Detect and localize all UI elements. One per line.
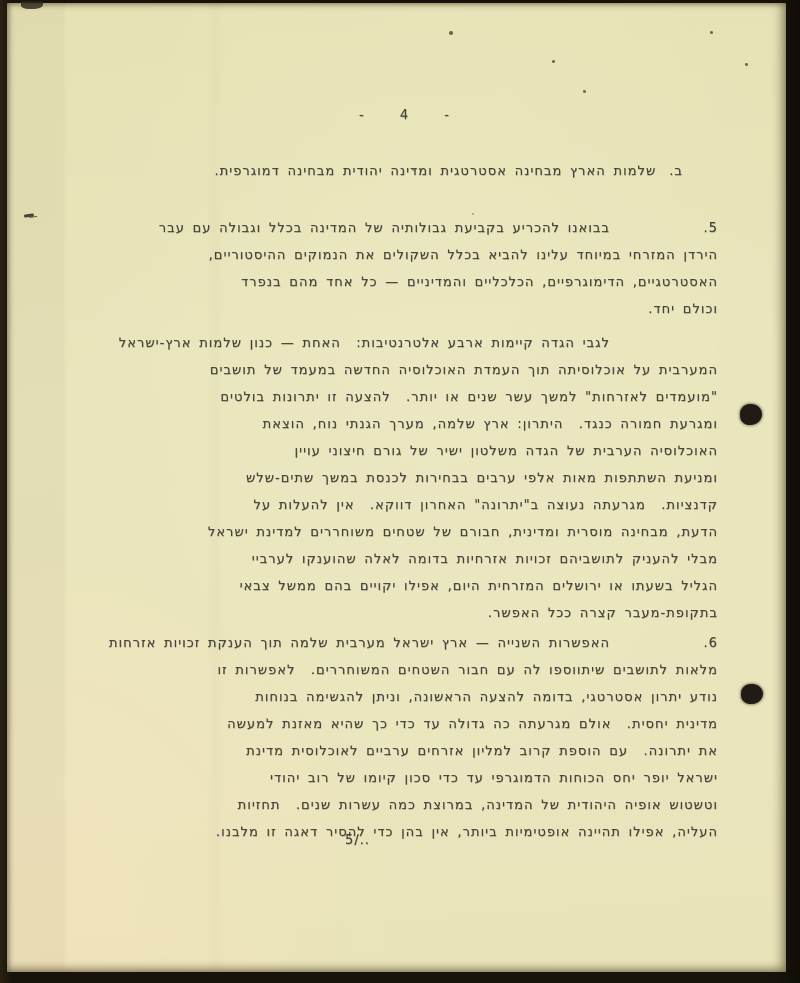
- text-line: מבלי להעניק לתושביהם זכויות אזרחיות בדומ…: [110, 546, 718, 573]
- text-line: הדעת, מבחינה מוסרית ומדינית, חבורם של שט…: [110, 519, 718, 546]
- paragraph-alternatives: לגבי הגדה קיימות ארבע אלטרנטיבות: האחת —…: [110, 330, 718, 627]
- text-line: העליה, אפילו תהיינה אופטימיות ביותר, אין…: [110, 819, 718, 846]
- paragraph-subitem-b: ב.שלמות הארץ מבחינה אסטרטגית ומדינה יהוד…: [110, 158, 718, 185]
- text-line: שלמות הארץ מבחינה אסטרטגית ומדינה יהודית…: [214, 164, 656, 179]
- continuation-page-mark: 5/..: [345, 833, 370, 848]
- scan-speck: [583, 90, 586, 93]
- scan-speck: [412, 168, 415, 171]
- item-number: 5.: [703, 215, 718, 242]
- text-line: ומניעת השתתפות מאות אלפי ערבים בבחירות ל…: [110, 465, 718, 492]
- text-line: המערבית על אוכלוסיתה תוך העמדת האוכלוסיה…: [110, 357, 718, 384]
- scan-speck: [745, 63, 748, 66]
- text-line: האוכלוסיה הערבית של הגדה משלטון ישיר של …: [110, 438, 718, 465]
- text-line: ישראל יופר יחס הכוחות הדמוגרפי עד כדי סכ…: [110, 765, 718, 792]
- scan-speck: [710, 31, 713, 34]
- scan-artifact-corner: [21, 1, 43, 9]
- item-number: 6.: [703, 630, 718, 657]
- text-line: קדנציות. מגרעתה נעוצה ב"יתרונה" האחרון ד…: [110, 492, 718, 519]
- text-line: את יתרונה. עם הוספת קרוב למליון אזרחים ע…: [110, 738, 718, 765]
- text-line: האסטרטגיים, הדימוגרפיים, הכלכליים והמדינ…: [110, 269, 718, 296]
- text-line: לגבי הגדה קיימות ארבע אלטרנטיבות: האחת —…: [110, 330, 718, 357]
- text-line: הירדן המזרחי במיוחד עלינו להביא בכלל השק…: [110, 242, 718, 269]
- paragraph-item-5: 5. בבואנו להכריע בקביעת גבולותיה של המדי…: [110, 215, 718, 323]
- text-line: מדינית יחסית. אולם מגרעתה כה גדולה עד כד…: [110, 711, 718, 738]
- text-line: מלאות לתושבים שיתווספו לה עם חבור השטחים…: [110, 657, 718, 684]
- scan-speck: [449, 31, 453, 35]
- text-line: הגליל בשעתו או ירושלים המזרחית היום, אפי…: [110, 573, 718, 600]
- ink-dot-mark: [740, 404, 762, 425]
- page-number: - 4 -: [7, 108, 786, 123]
- text-line: האפשרות השנייה — ארץ ישראל מערבית שלמה ת…: [110, 630, 718, 657]
- text-line: וטשטוש אופיה היהודית של המדינה, במרוצת כ…: [110, 792, 718, 819]
- paragraph-item-6: 6. האפשרות השנייה — ארץ ישראל מערבית שלמ…: [110, 630, 718, 846]
- scan-artifact-dash: [24, 213, 34, 217]
- text-line: וכולם יחד.: [110, 296, 718, 323]
- text-line: ומגרעת חמורה כנגד. היתרון: ארץ שלמה, מער…: [110, 411, 718, 438]
- scan-background: - 4 - ב.שלמות הארץ מבחינה אסטרטגית ומדינ…: [0, 0, 800, 983]
- text-line: נודע יתרון אסטרטגי, בדומה להצעה הראשונה,…: [110, 684, 718, 711]
- text-line: "מועמדים לאזרחות" למשך עשר שנים או יותר.…: [110, 384, 718, 411]
- text-line: בבואנו להכריע בקביעת גבולותיה של המדינה …: [110, 215, 718, 242]
- scan-speck: [552, 60, 555, 63]
- document-page: - 4 - ב.שלמות הארץ מבחינה אסטרטגית ומדינ…: [7, 3, 786, 972]
- ink-dot-mark: [741, 684, 763, 704]
- text-line: בתקופת-מעבר קצרה ככל האפשר.: [110, 600, 718, 627]
- item-label: ב.: [669, 164, 683, 179]
- scan-speck: [472, 213, 474, 215]
